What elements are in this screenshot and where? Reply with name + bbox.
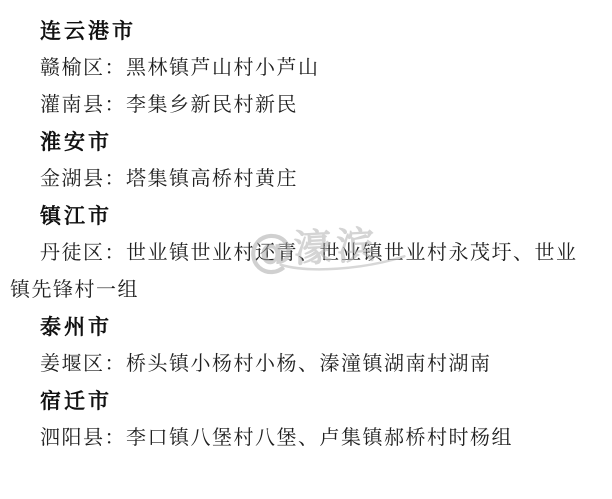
city-heading-suqian: 宿迁市 — [10, 383, 594, 420]
entry-jinhu: 金湖县：塔集镇高桥村黄庄 — [10, 161, 594, 198]
entry-dantu-line1: 丹徒区：世业镇世业村还青、世业镇世业村永茂圩、世业 — [10, 235, 594, 272]
village-list: 连云港市 赣榆区：黑林镇芦山村小芦山 灌南县：李集乡新民村新民 淮安市 金湖县：… — [10, 13, 594, 457]
entry-dantu-line2: 镇先锋村一组 — [10, 272, 594, 309]
entry-siyang: 泗阳县：李口镇八堡村八堡、卢集镇郝桥村时杨组 — [10, 420, 594, 457]
city-heading-taizhou: 泰州市 — [10, 309, 594, 346]
entry-jiangyan: 姜堰区：桥头镇小杨村小杨、溱潼镇湖南村湖南 — [10, 346, 594, 383]
entry-ganyu: 赣榆区：黑林镇芦山村小芦山 — [10, 50, 594, 87]
city-heading-zhenjiang: 镇江市 — [10, 198, 594, 235]
document-page: 连云港市 赣榆区：黑林镇芦山村小芦山 灌南县：李集乡新民村新民 淮安市 金湖县：… — [0, 0, 612, 499]
entry-guannan: 灌南县：李集乡新民村新民 — [10, 87, 594, 124]
city-heading-huaian: 淮安市 — [10, 124, 594, 161]
city-heading-lianyungang: 连云港市 — [10, 13, 594, 50]
